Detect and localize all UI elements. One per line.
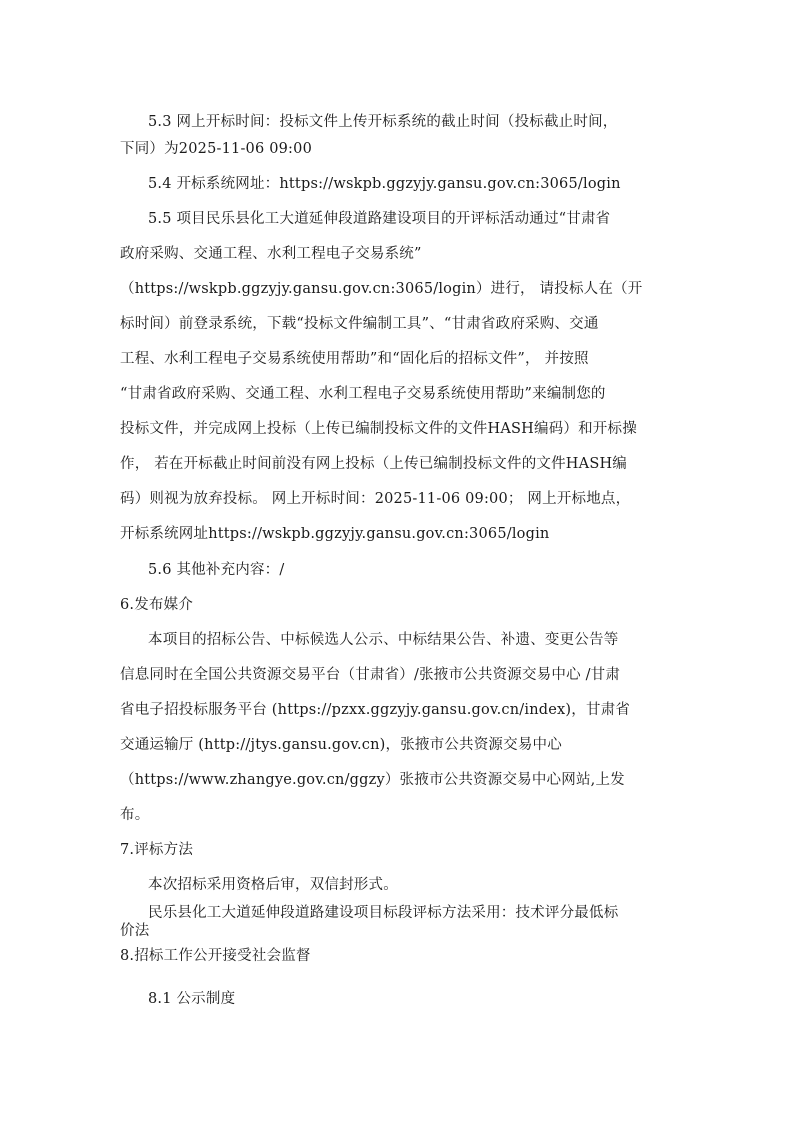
text-line: 价法 [120,922,690,940]
document-page: 5.3 网上开标时间：投标文件上传开标系统的截止时间（投标截止时间，下同）为20… [0,0,794,1123]
text-line: 民乐县化工大道延伸段道路建设项目标段评标方法采用：技术评分最低标 [148,904,690,922]
text-line: 5.5 项目民乐县化工大道延伸段道路建设项目的开评标活动通过“甘肃省 [148,210,690,228]
text-line: 省电子招投标服务平台 (https://pzxx.ggzyjy.gansu.go… [120,701,690,719]
text-line: 8.1 公示制度 [148,990,690,1008]
text-line: 开标系统网址https://wskpb.ggzyjy.gansu.gov.cn:… [120,525,690,543]
text-line: 作， 若在开标截止时间前没有网上投标（上传已编制投标文件的文件HASH编 [120,455,690,473]
text-line: 交通运输厅 (http://jtys.gansu.gov.cn)，张掖市公共资源… [120,736,690,754]
text-line: 标时间）前登录系统，下载“投标文件编制工具”、“甘肃省政府采购、交通 [120,315,690,333]
text-line: 本项目的招标公告、中标候选人公示、中标结果公告、补遗、变更公告等 [148,631,690,649]
text-line: 7.评标方法 [120,841,690,859]
text-line: 6.发布媒介 [120,596,690,614]
text-line: 工程、水利工程电子交易系统使用帮助”和“固化后的招标文件”， 并按照 [120,350,690,368]
text-line: （https://www.zhangye.gov.cn/ggzy）张掖市公共资源… [120,771,690,789]
text-line: 5.4 开标系统网址：https://wskpb.ggzyjy.gansu.go… [148,175,690,193]
text-line: 码）则视为放弃投标。 网上开标时间：2025-11-06 09:00； 网上开标… [120,490,690,508]
text-line: 5.6 其他补充内容：/ [148,561,690,579]
text-line: 5.3 网上开标时间：投标文件上传开标系统的截止时间（投标截止时间， [148,113,690,131]
text-line: 本次招标采用资格后审，双信封形式。 [148,876,690,894]
text-line: “甘肃省政府采购、交通工程、水利工程电子交易系统使用帮助”来编制您的 [120,385,690,403]
text-line: 8.招标工作公开接受社会监督 [120,947,690,965]
text-line: 信息同时在全国公共资源交易平台（甘肃省）/张掖市公共资源交易中心 /甘肃 [120,666,690,684]
text-line: 下同）为2025-11-06 09:00 [120,140,690,158]
text-line: 投标文件，并完成网上投标（上传已编制投标文件的文件HASH编码）和开标操 [120,420,690,438]
text-line: （https://wskpb.ggzyjy.gansu.gov.cn:3065/… [120,280,690,298]
text-line: 布。 [120,806,690,824]
text-line: 政府采购、交通工程、水利工程电子交易系统” [120,245,690,263]
